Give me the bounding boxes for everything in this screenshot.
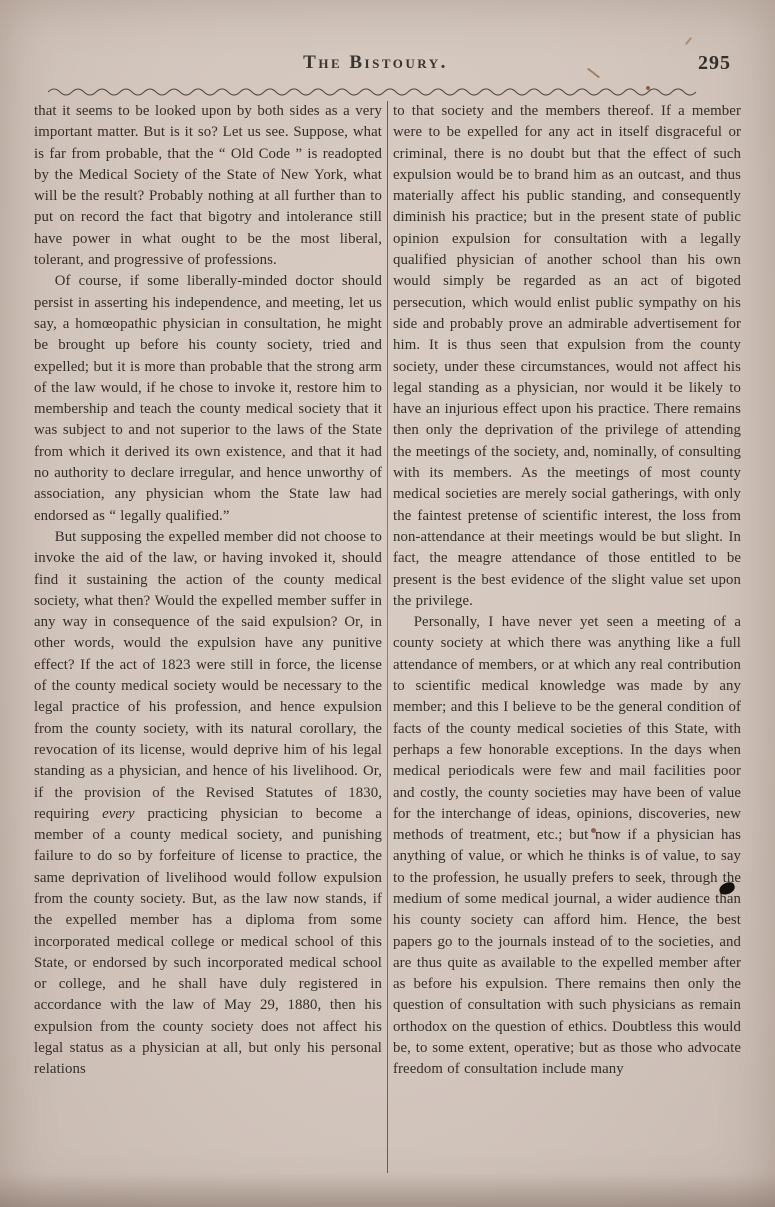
wavy-divider-rule [48,86,714,96]
page-title: The Bistoury. [303,52,448,73]
paper-fiber-speck [685,37,692,45]
italic-word: every [102,806,135,822]
running-header: The Bistoury. [0,52,751,74]
page-number: 295 [698,52,731,75]
text-columns: that it seems to be looked upon by both … [34,101,741,1173]
paragraph: But supposing the expelled member did no… [34,527,382,1081]
paragraph: Of course, if some liberally-minded doct… [34,271,382,527]
paragraph-text: practicing physician to become a member … [34,806,382,1078]
scan-edge-shadow [0,1173,775,1207]
paragraph-continuation: that it seems to be looked upon by both … [34,101,382,271]
right-column: to that society and the members thereof.… [393,101,741,1173]
paragraph: Personally, I have never yet seen a meet… [393,612,741,1081]
paragraph-text: But supposing the expelled member did no… [34,529,382,822]
paragraph-continuation: to that society and the members thereof.… [393,101,741,612]
column-divider-rule [387,101,388,1173]
left-column: that it seems to be looked upon by both … [34,101,382,1173]
book-page: The Bistoury. 295 that it seems to be lo… [0,0,775,1207]
